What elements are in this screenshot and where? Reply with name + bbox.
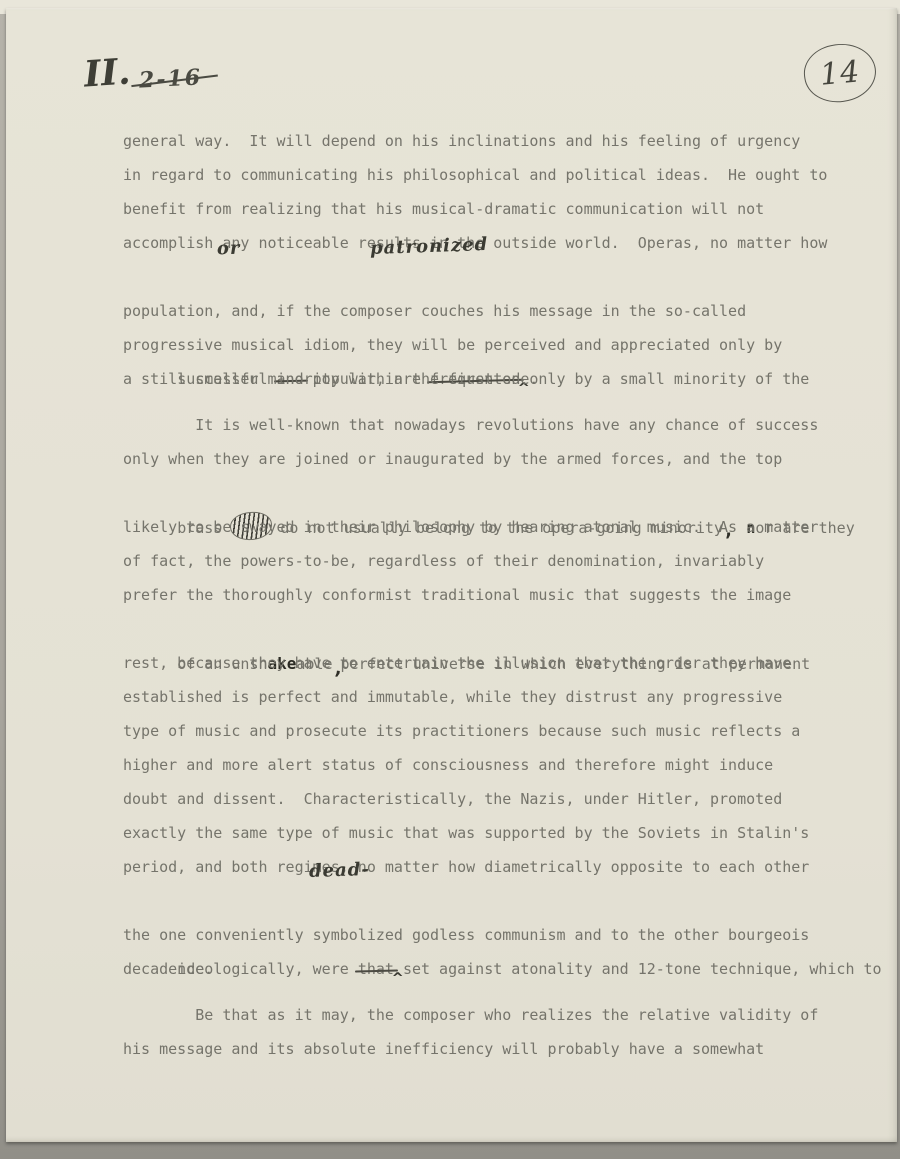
- typed-line: only when they are joined or inaugurated…: [123, 442, 863, 476]
- typed-line: of fact, the powers-to-be, regardless of…: [123, 544, 863, 578]
- typed-line: exactly the same type of music that was …: [123, 816, 863, 850]
- typed-line: benefit from realizing that his musical-…: [123, 192, 863, 226]
- typed-line-with-edits: or patronized successful and popular, ar…: [123, 260, 863, 294]
- typed-line: Be that as it may, the composer who real…: [123, 998, 863, 1032]
- typed-line: population, and, if the composer couches…: [123, 294, 863, 328]
- handwritten-insertion-patronized: patronized: [370, 236, 489, 258]
- typed-line: his message and its absolute inefficienc…: [123, 1032, 863, 1066]
- typed-line: prefer the thoroughly conformist traditi…: [123, 578, 863, 612]
- typed-line: period, and both regimes, no matter how …: [123, 850, 863, 884]
- typed-line: in regard to communicating his philosoph…: [123, 158, 863, 192]
- typed-line: It is well-known that nowadays revolutio…: [123, 408, 863, 442]
- crossed-out-number: 2-16: [138, 64, 202, 93]
- typed-line: progressive musical idiom, they will be …: [123, 328, 863, 362]
- typed-line-with-edits: brass do not usually belong to the opera…: [123, 476, 863, 510]
- typed-line: type of music and prosecute its practiti…: [123, 714, 863, 748]
- typed-line: established is perfect and immutable, wh…: [123, 680, 863, 714]
- typed-line: higher and more alert status of consciou…: [123, 748, 863, 782]
- typed-line-with-edits: dead- ideologically, were that^set again…: [123, 884, 863, 918]
- typed-line-with-edits: of an unshakeable,perfect universe in wh…: [123, 612, 863, 646]
- section-numeral: II.: [83, 50, 132, 95]
- typed-line: rest, because they have to entertain the…: [123, 646, 863, 680]
- handwritten-insertion-dead: dead-: [309, 861, 370, 881]
- circled-page-number: 14: [800, 39, 879, 106]
- handwritten-insertion-or: or: [217, 240, 241, 259]
- typed-line: a still smaller minority within the firs…: [123, 362, 863, 396]
- typed-line: likely to be swayed in their philosophy …: [123, 510, 863, 544]
- typed-line: the one conveniently symbolized godless …: [123, 918, 863, 952]
- typed-line: doubt and dissent. Characteristically, t…: [123, 782, 863, 816]
- typed-line: decadence.: [123, 952, 863, 986]
- manuscript-page: II. 2-16 14 general way. It will depend …: [6, 8, 897, 1142]
- typed-text-block: general way. It will depend on his incli…: [123, 124, 863, 1066]
- typed-line: general way. It will depend on his incli…: [123, 124, 863, 158]
- page-number: 14: [818, 54, 861, 92]
